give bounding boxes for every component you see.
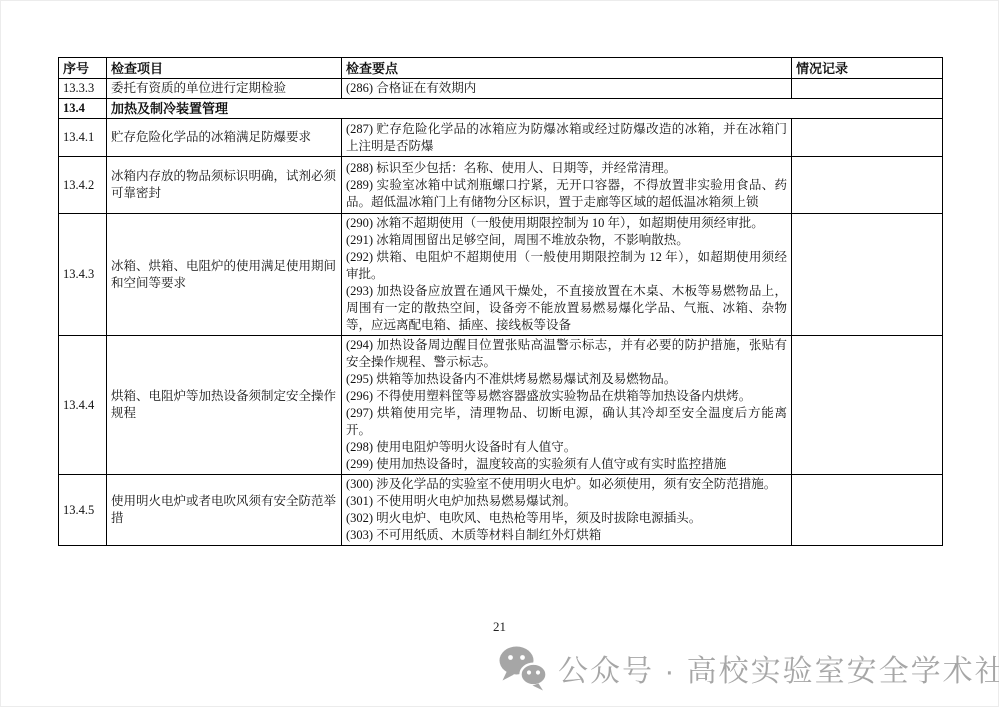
header-points: 检查要点 <box>342 58 792 79</box>
table-row: 13.3.3 委托有资质的单位进行定期检验 (286) 合格证在有效期内 <box>59 79 943 99</box>
row-points: (288) 标识至少包括：名称、使用人、日期等，并经常清理。(289) 实验室冰… <box>342 157 792 214</box>
point-line: (294) 加热设备周边醒目位置张贴高温警示标志，并有必要的防护措施，张贴有安全… <box>346 337 787 371</box>
watermark-text: 公众号 · 高校实验室安全学术社区 <box>558 646 999 690</box>
row-record <box>792 79 943 99</box>
point-line: (296) 不得使用塑料筐等易燃容器盛放实验物品在烘箱等加热设备内烘烤。 <box>346 388 787 405</box>
row-record <box>792 119 943 157</box>
row-record <box>792 475 943 546</box>
row-points: (290) 冰箱不超期使用（一般使用期限控制为 10 年），如超期使用须经审批。… <box>342 214 792 336</box>
row-no: 13.3.3 <box>59 79 107 99</box>
row-no: 13.4.5 <box>59 475 107 546</box>
header-item: 检查项目 <box>107 58 342 79</box>
row-item: 冰箱内存放的物品须标识明确，试剂必须可靠密封 <box>107 157 342 214</box>
table-row: 13.4.5 使用明火电炉或者电吹风须有安全防范举措 (300) 涉及化学品的实… <box>59 475 943 546</box>
section-row: 13.4 加热及制冷装置管理 <box>59 99 943 119</box>
table-header-row: 序号 检查项目 检查要点 情况记录 <box>59 58 943 79</box>
header-record: 情况记录 <box>792 58 943 79</box>
point-line: (287) 贮存危险化学品的冰箱应为防爆冰箱或经过防爆改造的冰箱，并在冰箱门上注… <box>346 121 787 155</box>
document-page: 序号 检查项目 检查要点 情况记录 13.3.3 委托有资质的单位进行定期检验 … <box>0 0 999 707</box>
point-line: (295) 烘箱等加热设备内不准烘烤易燃易爆试剂及易燃物品。 <box>346 371 787 388</box>
point-line: (297) 烘箱使用完毕，清理物品、切断电源，确认其冷却至安全温度后方能离开。 <box>346 405 787 439</box>
point-line: (286) 合格证在有效期内 <box>346 80 787 97</box>
row-points: (294) 加热设备周边醒目位置张贴高温警示标志，并有必要的防护措施，张贴有安全… <box>342 336 792 475</box>
watermark: 公众号 · 高校实验室安全学术社区 <box>498 645 999 691</box>
point-line: (290) 冰箱不超期使用（一般使用期限控制为 10 年），如超期使用须经审批。 <box>346 215 787 232</box>
point-line: (288) 标识至少包括：名称、使用人、日期等，并经常清理。 <box>346 160 787 177</box>
row-no: 13.4.4 <box>59 336 107 475</box>
wechat-icon <box>498 645 548 691</box>
table-row: 13.4.4 烘箱、电阻炉等加热设备须制定安全操作规程 (294) 加热设备周边… <box>59 336 943 475</box>
table-row: 13.4.2 冰箱内存放的物品须标识明确，试剂必须可靠密封 (288) 标识至少… <box>59 157 943 214</box>
point-line: (302) 明火电炉、电吹风、电热枪等用毕，须及时拔除电源插头。 <box>346 510 787 527</box>
section-title: 加热及制冷装置管理 <box>107 99 943 119</box>
point-line: (298) 使用电阻炉等明火设备时有人值守。 <box>346 439 787 456</box>
row-item: 贮存危险化学品的冰箱满足防爆要求 <box>107 119 342 157</box>
point-line: (292) 烘箱、电阻炉不超期使用（一般使用期限控制为 12 年），如超期使用须… <box>346 249 787 283</box>
row-record <box>792 157 943 214</box>
row-item: 使用明火电炉或者电吹风须有安全防范举措 <box>107 475 342 546</box>
section-no: 13.4 <box>59 99 107 119</box>
page-number: 21 <box>1 619 998 635</box>
row-item: 烘箱、电阻炉等加热设备须制定安全操作规程 <box>107 336 342 475</box>
row-no: 13.4.2 <box>59 157 107 214</box>
row-points: (286) 合格证在有效期内 <box>342 79 792 99</box>
row-item: 委托有资质的单位进行定期检验 <box>107 79 342 99</box>
point-line: (299) 使用加热设备时，温度较高的实验须有人值守或有实时监控措施 <box>346 456 787 473</box>
point-line: (301) 不使用明火电炉加热易燃易爆试剂。 <box>346 493 787 510</box>
row-record <box>792 214 943 336</box>
point-line: (303) 不可用纸质、木质等材料自制红外灯烘箱 <box>346 527 787 544</box>
point-line: (300) 涉及化学品的实验室不使用明火电炉。如必须使用，须有安全防范措施。 <box>346 476 787 493</box>
table-row: 13.4.3 冰箱、烘箱、电阻炉的使用满足使用期间和空间等要求 (290) 冰箱… <box>59 214 943 336</box>
row-points: (287) 贮存危险化学品的冰箱应为防爆冰箱或经过防爆改造的冰箱，并在冰箱门上注… <box>342 119 792 157</box>
row-no: 13.4.3 <box>59 214 107 336</box>
inspection-table: 序号 检查项目 检查要点 情况记录 13.3.3 委托有资质的单位进行定期检验 … <box>58 57 943 546</box>
row-points: (300) 涉及化学品的实验室不使用明火电炉。如必须使用，须有安全防范措施。(3… <box>342 475 792 546</box>
point-line: (291) 冰箱周围留出足够空间，周围不堆放杂物，不影响散热。 <box>346 232 787 249</box>
point-line: (289) 实验室冰箱中试剂瓶螺口拧紧，无开口容器，不得放置非实验用食品、药品。… <box>346 177 787 211</box>
row-item: 冰箱、烘箱、电阻炉的使用满足使用期间和空间等要求 <box>107 214 342 336</box>
header-no: 序号 <box>59 58 107 79</box>
row-no: 13.4.1 <box>59 119 107 157</box>
row-record <box>792 336 943 475</box>
point-line: (293) 加热设备应放置在通风干燥处，不直接放置在木桌、木板等易燃物品上，周围… <box>346 283 787 334</box>
table-row: 13.4.1 贮存危险化学品的冰箱满足防爆要求 (287) 贮存危险化学品的冰箱… <box>59 119 943 157</box>
